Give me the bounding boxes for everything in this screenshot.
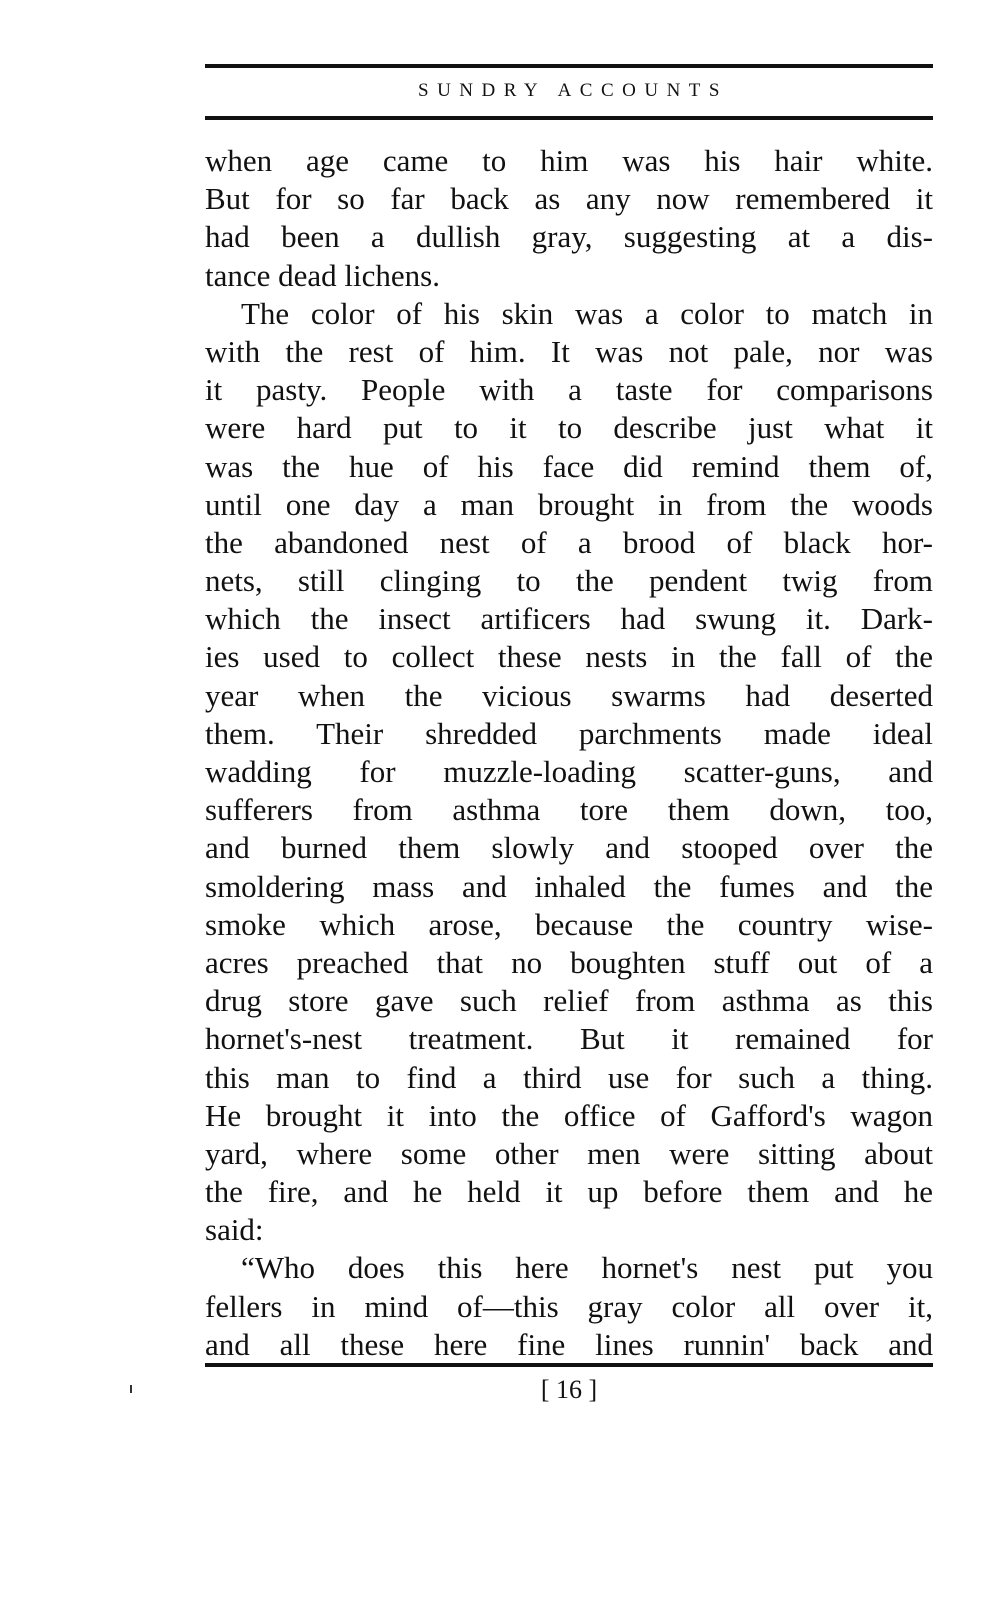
text-line: it pasty. People with a taste for compar… (205, 371, 933, 409)
text-line: tance dead lichens. (205, 257, 933, 295)
paragraph-3: “Who does this here hornet's nest put yo… (205, 1249, 933, 1364)
text-line: wadding for muzzle-loading scatter-guns,… (205, 753, 933, 791)
footer-rule (205, 1363, 933, 1367)
text-line: nets, still clinging to the pendent twig… (205, 562, 933, 600)
header-top-rule (205, 64, 933, 68)
paragraph-2: The color of his skin was a color to mat… (205, 295, 933, 1250)
text-line: sufferers from asthma tore them down, to… (205, 791, 933, 829)
paragraph-1: when age came to him was his hair white.… (205, 142, 933, 295)
text-line: when age came to him was his hair white. (205, 142, 933, 180)
text-line: yard, where some other men were sitting … (205, 1135, 933, 1173)
text-line: this man to find a third use for such a … (205, 1059, 933, 1097)
text-line: acres preached that no boughten stuff ou… (205, 944, 933, 982)
text-line: had been a dullish gray, suggesting at a… (205, 218, 933, 256)
text-line: was the hue of his face did remind them … (205, 448, 933, 486)
text-line: said: (205, 1211, 933, 1249)
text-line: which the insect artificers had swung it… (205, 600, 933, 638)
text-line: the abandoned nest of a brood of black h… (205, 524, 933, 562)
text-line: smoldering mass and inhaled the fumes an… (205, 868, 933, 906)
text-line: ies used to collect these nests in the f… (205, 638, 933, 676)
scan-speck (130, 1385, 132, 1393)
text-line: the fire, and he held it up before them … (205, 1173, 933, 1211)
text-line: and burned them slowly and stooped over … (205, 829, 933, 867)
text-line: them. Their shredded parchments made ide… (205, 715, 933, 753)
text-line: He brought it into the office of Gafford… (205, 1097, 933, 1135)
text-line: But for so far back as any now remembere… (205, 180, 933, 218)
text-line: The color of his skin was a color to mat… (205, 295, 933, 333)
text-line: and all these here fine lines runnin' ba… (205, 1326, 933, 1364)
text-line: with the rest of him. It was not pale, n… (205, 333, 933, 371)
text-line: fellers in mind of—this gray color all o… (205, 1288, 933, 1326)
text-line: smoke which arose, because the country w… (205, 906, 933, 944)
text-line: drug store gave such relief from asthma … (205, 982, 933, 1020)
text-line: hornet's-nest treatment. But it remained… (205, 1020, 933, 1058)
text-line: “Who does this here hornet's nest put yo… (205, 1249, 933, 1287)
body-text: when age came to him was his hair white.… (205, 142, 933, 1364)
page-number: [ 16 ] (205, 1372, 933, 1408)
text-line: were hard put to it to describe just wha… (205, 409, 933, 447)
running-head: SUNDRY ACCOUNTS (205, 76, 933, 106)
text-line: until one day a man brought in from the … (205, 486, 933, 524)
text-line: year when the vicious swarms had deserte… (205, 677, 933, 715)
header-bottom-rule (205, 116, 933, 120)
